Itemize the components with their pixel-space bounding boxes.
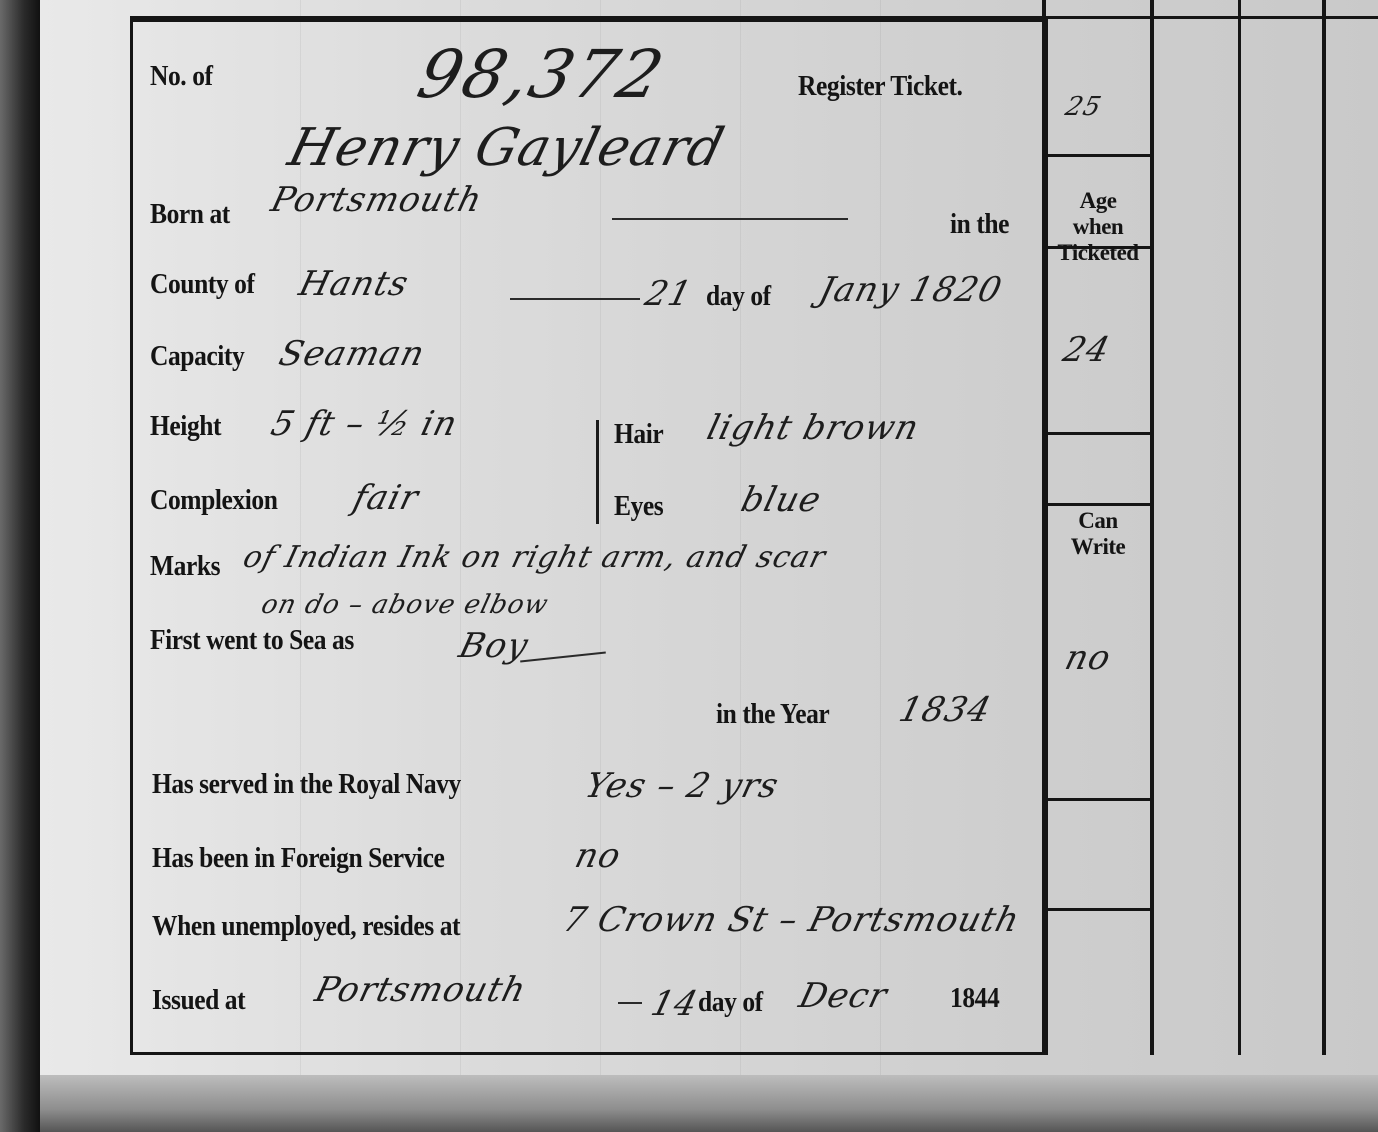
county-label: County of	[150, 268, 255, 301]
complexion-label: Complexion	[150, 484, 277, 517]
capacity-value: Seaman	[275, 334, 429, 374]
issued-year: 1844	[950, 982, 999, 1015]
box-rule	[1046, 432, 1150, 435]
box-rule	[1046, 154, 1150, 157]
page-edge	[40, 1075, 1378, 1132]
ticket-number: 98,372	[410, 36, 672, 113]
column-divider	[1238, 0, 1241, 1055]
royal-navy-value: Yes – 2 yrs	[581, 766, 783, 806]
hair-value: light brown	[703, 408, 923, 448]
capacity-label: Capacity	[150, 340, 244, 373]
box-rule	[1046, 908, 1150, 911]
royal-navy-label: Has served in the Royal Navy	[152, 768, 461, 801]
eyes-label: Eyes	[614, 490, 663, 523]
hair-label: Hair	[614, 418, 663, 451]
marks-label: Marks	[150, 550, 220, 583]
complexion-value: fair	[349, 478, 423, 518]
box-rule	[1046, 798, 1150, 801]
first-sea-label: First went to Sea as	[150, 624, 354, 657]
age-header: Age when Ticketed	[1046, 188, 1150, 266]
box-rule	[1046, 503, 1150, 506]
day-of-label: day of	[706, 280, 771, 313]
holder-name: Henry Gayleard	[283, 118, 731, 178]
ticket-number-label: No. of	[150, 60, 213, 93]
issued-label: Issued at	[152, 984, 245, 1017]
birth-month-year: Jany 1820	[815, 270, 1006, 310]
side-top-value: 25	[1062, 92, 1105, 122]
issued-at-value: Portsmouth	[311, 970, 530, 1010]
scan-margin	[0, 0, 40, 1132]
issued-month: Decr	[795, 976, 892, 1016]
issued-day-of-label: day of	[698, 986, 763, 1019]
born-at-label: Born at	[150, 198, 230, 231]
ticket-title: Register Ticket.	[798, 70, 962, 103]
resides-value: 7 Crown St – Portsmouth	[559, 900, 1024, 940]
year-value: 1834	[895, 690, 996, 730]
column-divider	[1322, 0, 1326, 1055]
column-divider	[1150, 0, 1154, 1055]
fill-rule	[618, 1002, 642, 1004]
height-label: Height	[150, 410, 221, 443]
in-the-label: in the	[950, 208, 1009, 241]
county-value: Hants	[295, 264, 413, 304]
marks-value-line2: on do – above elbow	[258, 590, 551, 620]
marks-value-line1: of Indian Ink on right arm, and scar	[240, 540, 830, 575]
height-value: 5 ft – ½ in	[267, 404, 462, 444]
resides-label: When unemployed, resides at	[152, 910, 460, 943]
can-write-header: Can Write	[1046, 508, 1150, 560]
foreign-service-label: Has been in Foreign Service	[152, 842, 444, 875]
eyes-value: blue	[737, 480, 826, 520]
year-label: in the Year	[716, 698, 829, 731]
born-at-value: Portsmouth	[267, 180, 486, 220]
fill-rule	[612, 218, 848, 220]
fill-rule	[510, 298, 640, 300]
separator-bar	[596, 420, 599, 524]
